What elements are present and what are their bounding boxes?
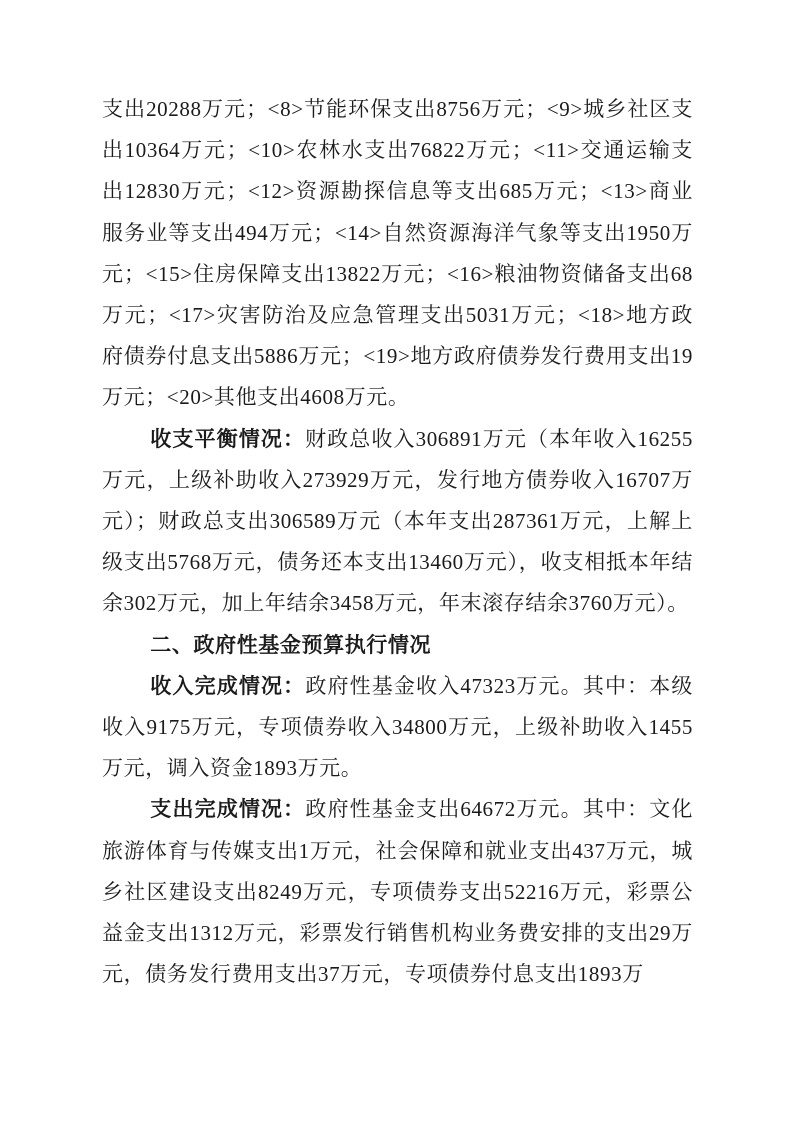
document-page: 支出20288万元；<8>节能环保支出8756万元；<9>城乡社区支出10364… [0, 0, 793, 1122]
paragraph-fund-expenditure-completion: 支出完成情况：政府性基金支出64672万元。其中：文化旅游体育与传媒支出1万元，… [102, 789, 693, 995]
section-heading-text: 二、政府性基金预算执行情况 [150, 634, 431, 657]
body-text-run: 支出20288万元；<8>节能环保支出8756万元；<9>城乡社区支出10364… [102, 97, 693, 409]
body-text-run: 政府性基金支出64672万元。其中：文化旅游体育与传媒支出1万元，社会保障和就业… [102, 797, 693, 986]
bold-lead-expenditure-label: 支出完成情况： [150, 798, 305, 821]
paragraph-revenue-expenditure-balance: 收支平衡情况：财政总收入306891万元（本年收入16255万元，上级补助收入2… [102, 419, 693, 625]
body-text-run: 财政总收入306891万元（本年收入16255万元，上级补助收入273929万元… [102, 427, 693, 616]
bold-lead-revenue-label: 收入完成情况： [150, 675, 305, 698]
bold-lead-balance-label: 收支平衡情况： [150, 428, 305, 451]
document-viewport: { "colors": { "page_background": "#fffff… [0, 0, 793, 1122]
paragraph-fund-revenue-completion: 收入完成情况：政府性基金收入47323万元。其中：本级收入9175万元，专项债券… [102, 666, 693, 790]
section-heading-government-funds-budget: 二、政府性基金预算执行情况 [102, 625, 693, 666]
paragraph-budget-expenditure-breakdown: 支出20288万元；<8>节能环保支出8756万元；<9>城乡社区支出10364… [102, 89, 693, 419]
